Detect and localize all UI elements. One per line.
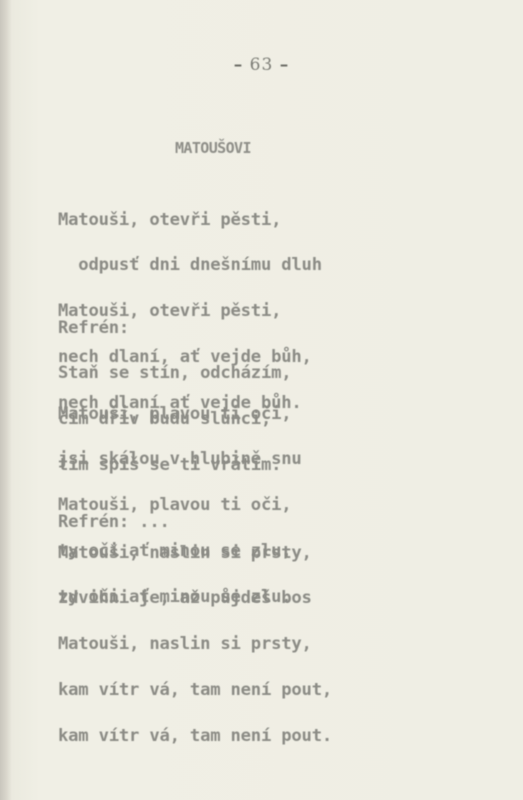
page-number-dash-left: – bbox=[234, 55, 244, 75]
verse-line: Matouši, otevři pěsti, bbox=[58, 213, 322, 228]
page-number-value: 63 bbox=[250, 55, 274, 75]
stanza-3: Matouši, naslin si prsty, zdvihni je, až… bbox=[58, 515, 332, 775]
poem-title: MATOUŠOVI bbox=[175, 139, 251, 157]
verse-line: jsi skálou v hlubině snu bbox=[58, 452, 302, 467]
verse-line: zdvihni je, až půjdeš bos bbox=[58, 591, 332, 606]
verse-line: Matouši, naslin si prsty, bbox=[58, 546, 332, 561]
page-number-dash-right: – bbox=[280, 55, 290, 75]
page-number: – 63 – bbox=[0, 55, 523, 75]
refrain-label: Refrén: bbox=[58, 321, 291, 336]
verse-line: kam vítr vá, tam není pout. bbox=[58, 729, 332, 744]
verse-line: Matouši, naslin si prsty, bbox=[58, 637, 332, 652]
typewritten-page: – 63 – MATOUŠOVI Matouši, otevři pěsti, … bbox=[0, 0, 523, 800]
verse-line: odpusť dni dnešnímu dluh bbox=[58, 258, 322, 273]
verse-line: Matouši, plavou ti oči, bbox=[58, 407, 302, 422]
verse-line: kam vítr vá, tam není pout, bbox=[58, 683, 332, 698]
